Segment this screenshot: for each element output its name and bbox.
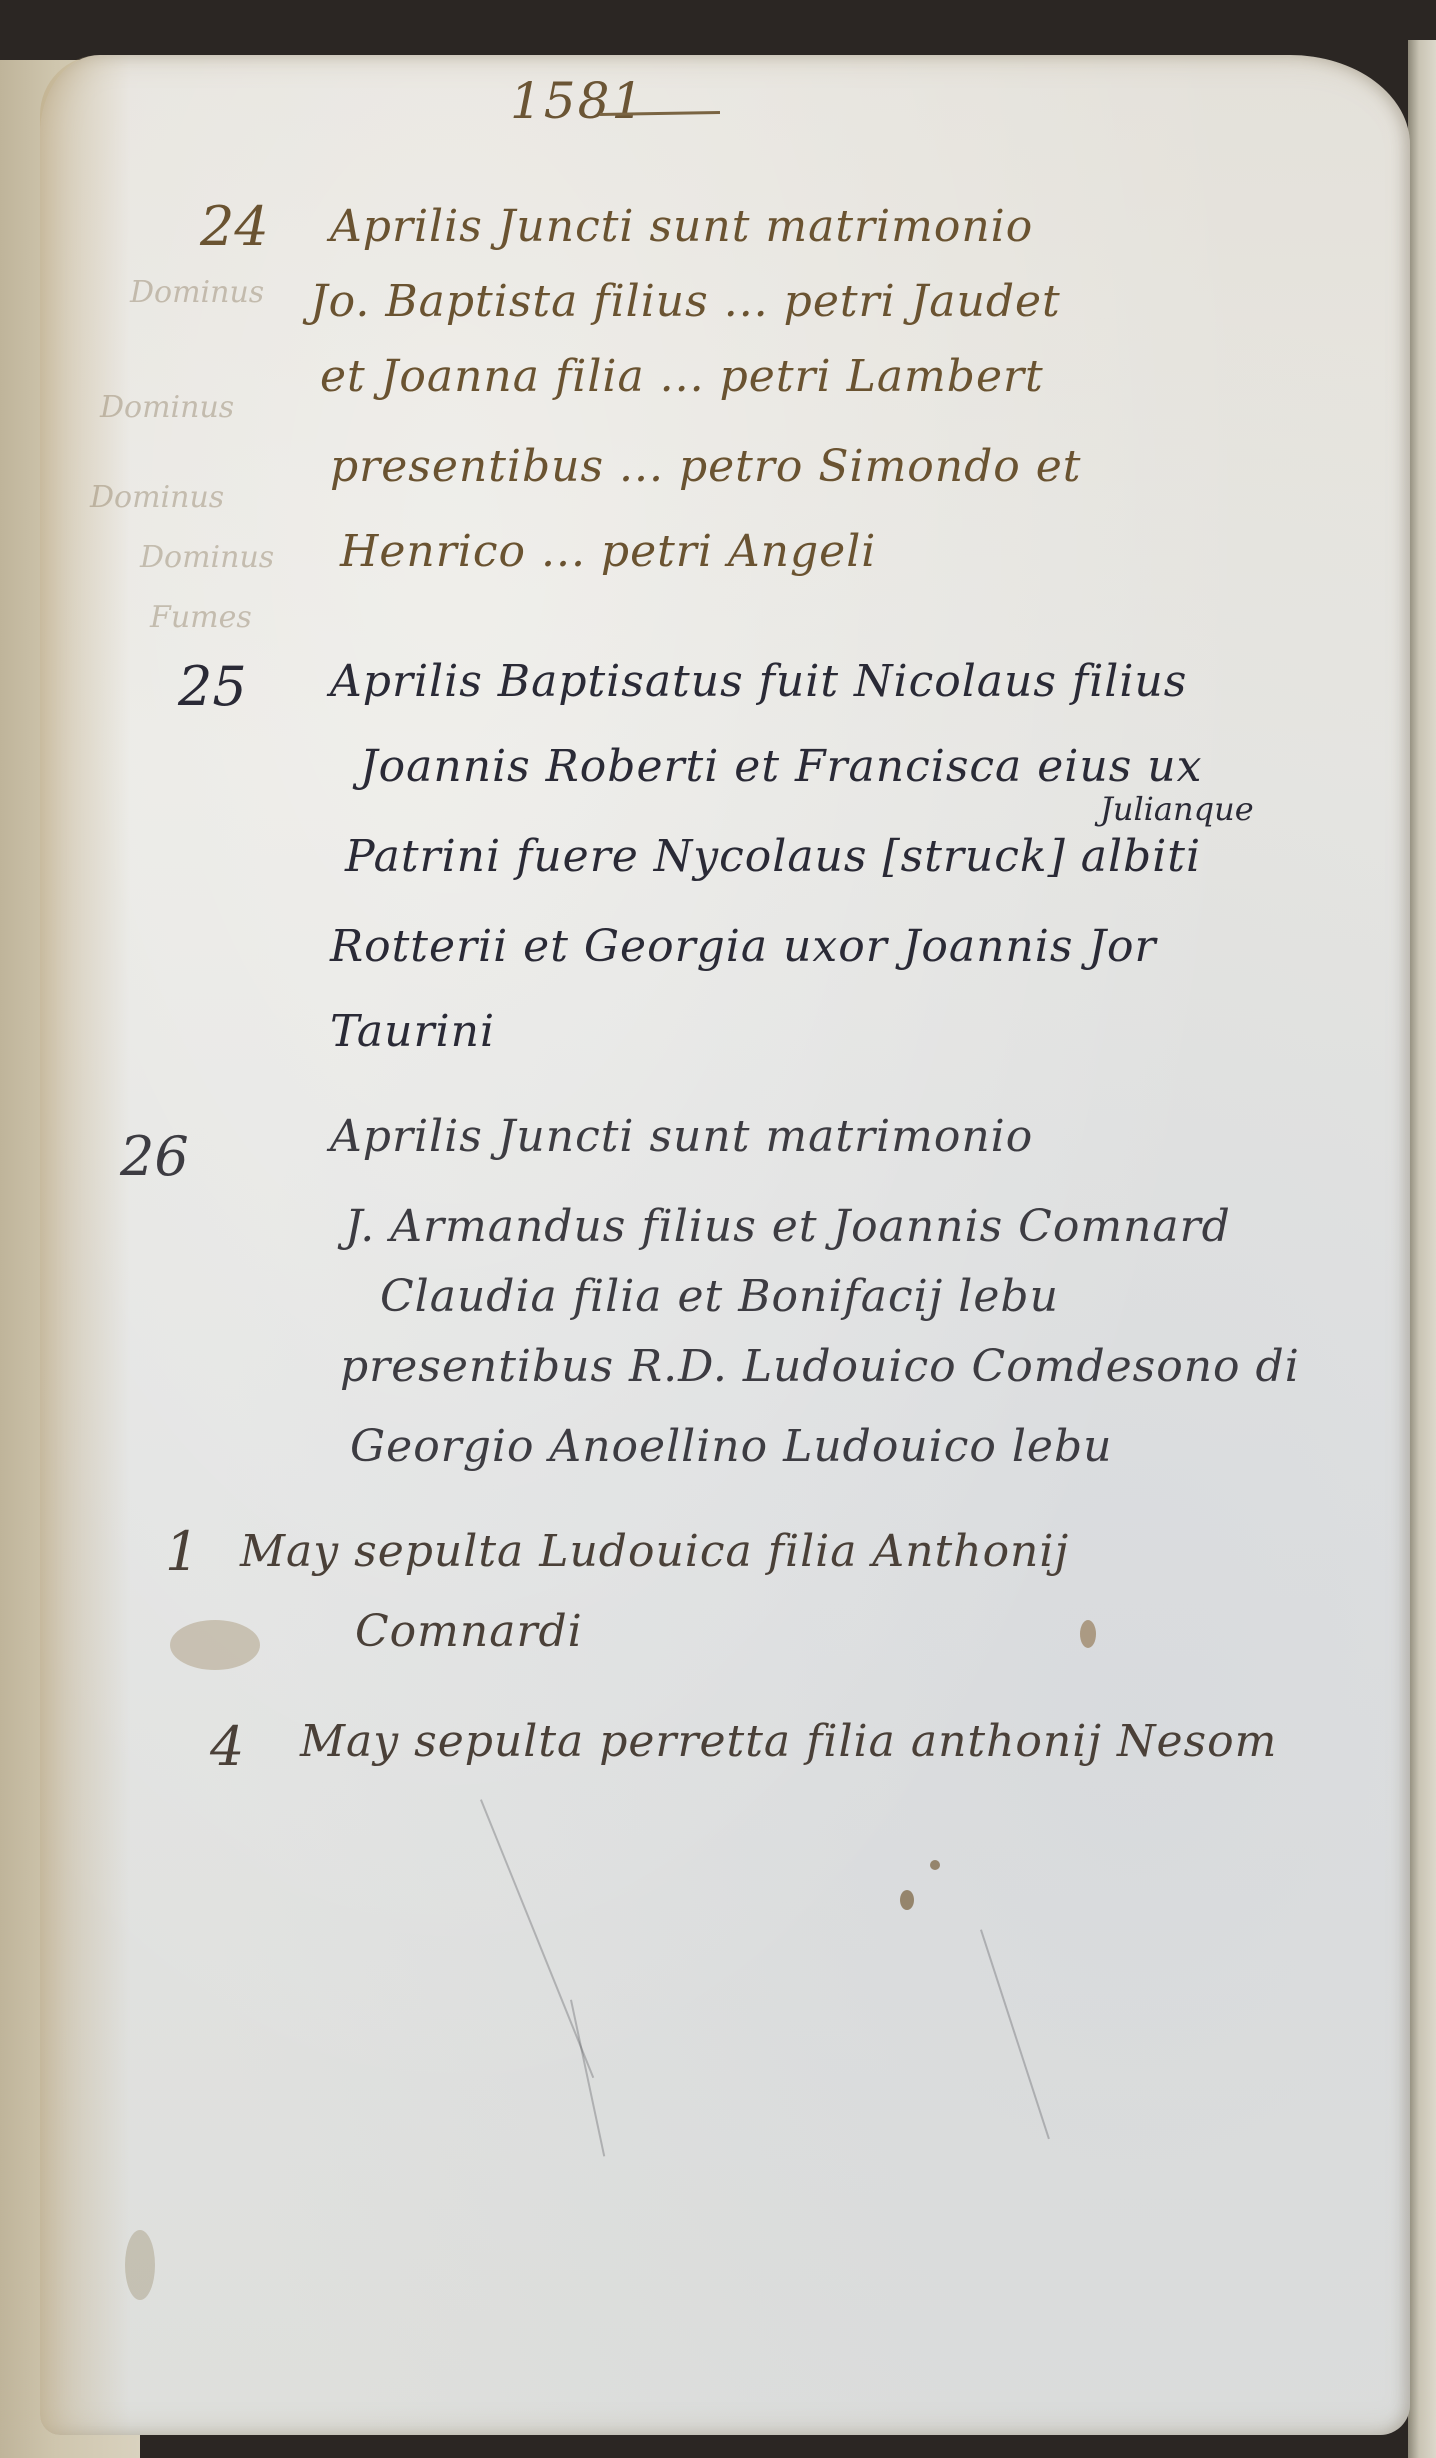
entry-day: 24 — [200, 200, 269, 254]
entry-day: 1 — [165, 1525, 199, 1579]
bleed-through-text: Dominus — [100, 390, 234, 425]
interlinear-insertion: Julianque — [1100, 790, 1254, 828]
entry-line: May sepulta perretta filia anthonij Neso… — [300, 1720, 1277, 1764]
bleed-through-text: Dominus — [140, 540, 274, 575]
entry-line: Taurini — [330, 1010, 495, 1054]
bleed-through-text: Dominus — [130, 275, 264, 310]
entry-line: Rotterii et Georgia uxor Joannis Jor — [330, 925, 1157, 969]
entry-line: Jo. Baptista filius ... petri Jaudet — [310, 280, 1061, 324]
entry-line: May sepulta Ludouica filia Anthonij — [240, 1530, 1069, 1574]
entry-line: Claudia filia et Bonifacij lebu — [380, 1275, 1059, 1319]
entry-line: et Joanna filia ... petri Lambert — [320, 355, 1044, 399]
right-page-edge — [1408, 40, 1436, 2458]
year-header: 1581 — [510, 72, 645, 130]
ink-stain — [125, 2230, 155, 2300]
entry-line: presentibus ... petro Simondo et — [330, 445, 1082, 489]
entry-line: J. Armandus filius et Joannis Comnard — [345, 1205, 1231, 1249]
entry-line: Joannis Roberti et Francisca eius ux — [360, 745, 1202, 789]
entry-day: 26 — [120, 1130, 189, 1184]
ink-stain — [170, 1620, 260, 1670]
entry-line: Patrini fuere Nycolaus [struck] albiti — [345, 835, 1201, 879]
entry-line: Comnardi — [355, 1610, 583, 1654]
entry-day: 25 — [178, 660, 247, 714]
entry-line: presentibus R.D. Ludouico Comdesono di — [340, 1345, 1300, 1389]
entry-line: Aprilis Juncti sunt matrimonio — [330, 1115, 1033, 1159]
bleed-through-text: Fumes — [150, 600, 252, 635]
entry-day: 4 — [210, 1720, 244, 1774]
entry-line: Henrico ... petri Angeli — [340, 530, 876, 574]
entry-line: Georgio Anoellino Ludouico lebu — [350, 1425, 1112, 1469]
entry-line: Aprilis Juncti sunt matrimonio — [330, 205, 1033, 249]
ink-stain — [1080, 1620, 1096, 1648]
ink-stain — [930, 1860, 940, 1870]
ink-stain — [900, 1890, 914, 1910]
bleed-through-text: Dominus — [90, 480, 224, 515]
entry-line: Aprilis Baptisatus fuit Nicolaus filius — [330, 660, 1187, 704]
manuscript-photo: 1581 Dominus Dominus Dominus Dominus Fum… — [0, 0, 1436, 2458]
